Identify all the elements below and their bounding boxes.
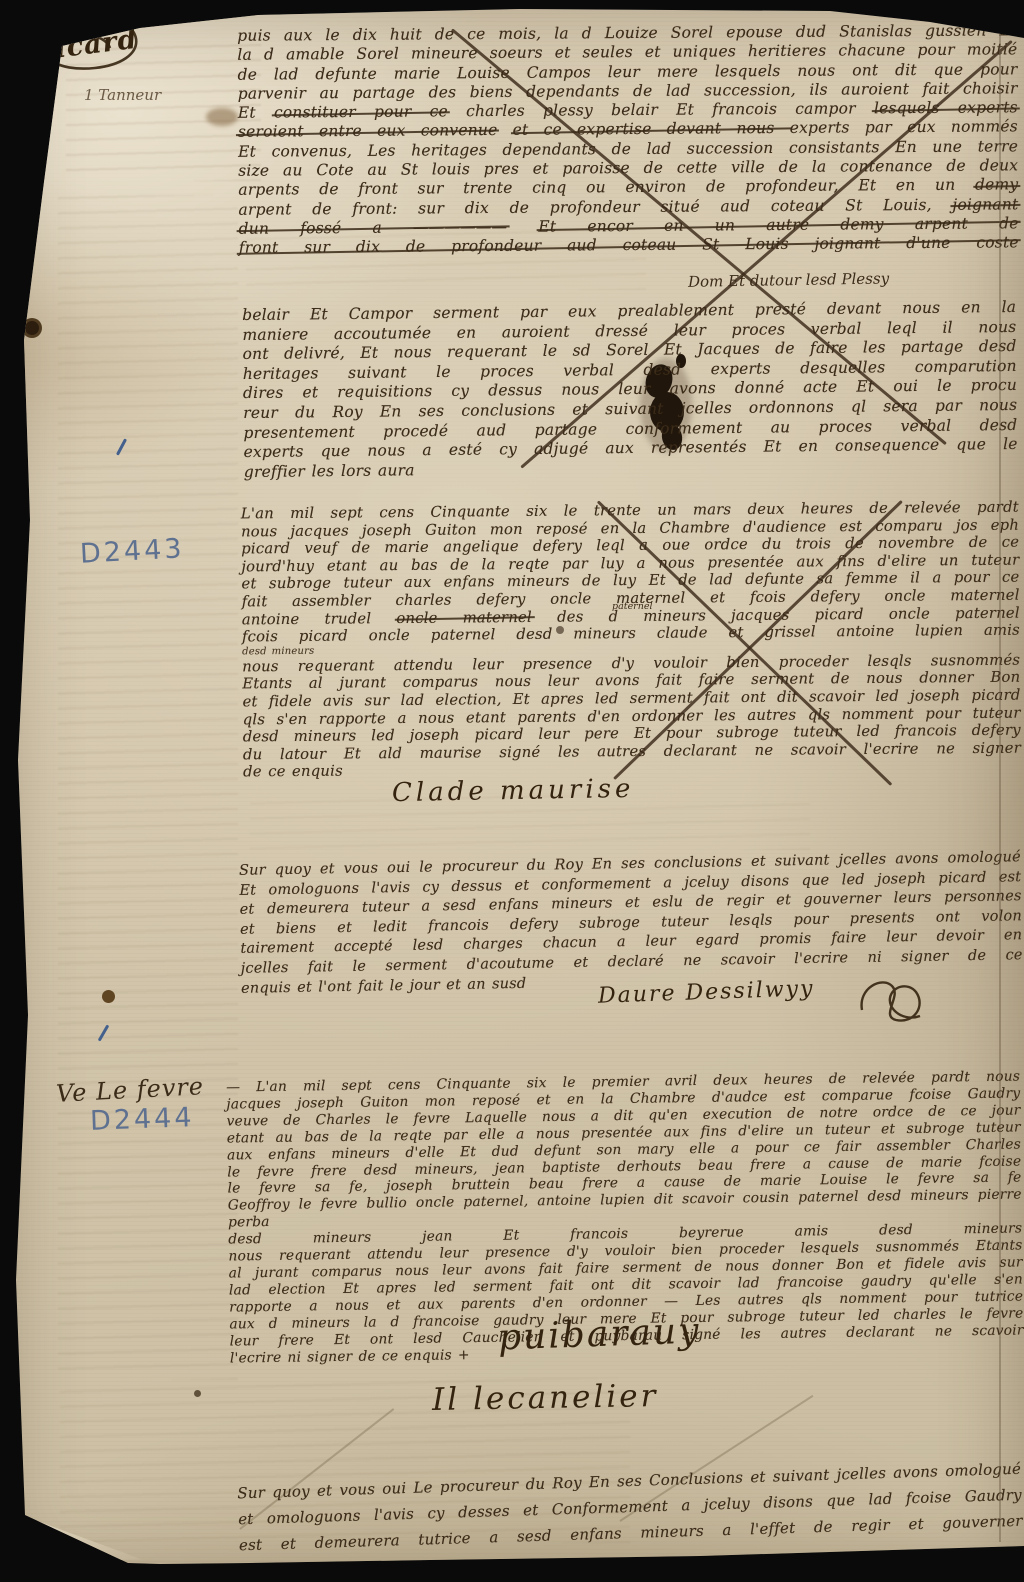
text-segment: l'ecrire ni signer de ce enquis + [230,1347,470,1366]
struck-text: demy [975,176,1018,194]
brown-spot [102,990,115,1003]
manuscript-page: 1 Tanneur Picard D2443 Ve Le fevre D2444… [0,0,1024,1582]
signature-claude-maurise: Clade maurise [392,774,635,808]
paragraph-expertise: belair Et Campor serment par eux prealab… [242,298,1018,482]
text-segment: greffier les lors aura [244,461,415,481]
manuscript-line: front sur dix de profondeur aud coteau S… [239,234,1019,259]
text-segment: enquis et l'ont fait le jour et an susd [241,975,527,996]
text-segment: desd mineurs [242,646,314,658]
scan-background: 1 Tanneur Picard D2443 Ve Le fevre D2444… [0,0,1024,1582]
paper-hole-stain [22,318,42,338]
struck-text: joignant [952,195,1018,213]
text-segment: charles plessy belair Et francois campor [466,99,874,120]
struck-text: dun fossé a —————— [239,218,508,238]
struck-text: et ce expertise devant nous [513,119,790,139]
struck-text: constituer pour ce [274,102,448,121]
struck-text: front sur dix de profondeur aud coteau S… [239,234,1019,257]
signature-puybarau: puibarauy [497,1310,701,1358]
struck-text: Et encor en un autre demy arpent de [538,214,1018,235]
small-spot [194,1390,201,1397]
struck-text: oncle maternel [396,608,532,626]
signature-lecanelier: Il lecanelier [432,1378,659,1418]
interline-correction: paternel [612,601,653,612]
struck-text: lesquels experts [874,98,1018,117]
archival-code-d2444: D2444 [89,1102,195,1137]
brown-smudge [206,108,238,126]
text-segment: antoine trudel [242,610,397,628]
bleed-through-left-margin [58,195,238,1380]
paragraph-partage-preamble: puis aux le dix huit de ce mois, la d Lo… [237,21,1019,258]
margin-note-tanneur: 1 Tanneur [84,86,161,104]
signature-paraph [856,972,930,1030]
text-segment: de ce enquis [243,763,343,781]
archival-code-d2443: D2443 [79,533,185,569]
paragraph-tutelle-picard: L'an mil sept cens Cinquante six le tren… [241,499,1021,782]
struck-text: seroient entre eux convenue [238,121,498,141]
text-segment: Et [238,104,274,122]
page-edge-line [999,12,1001,1542]
